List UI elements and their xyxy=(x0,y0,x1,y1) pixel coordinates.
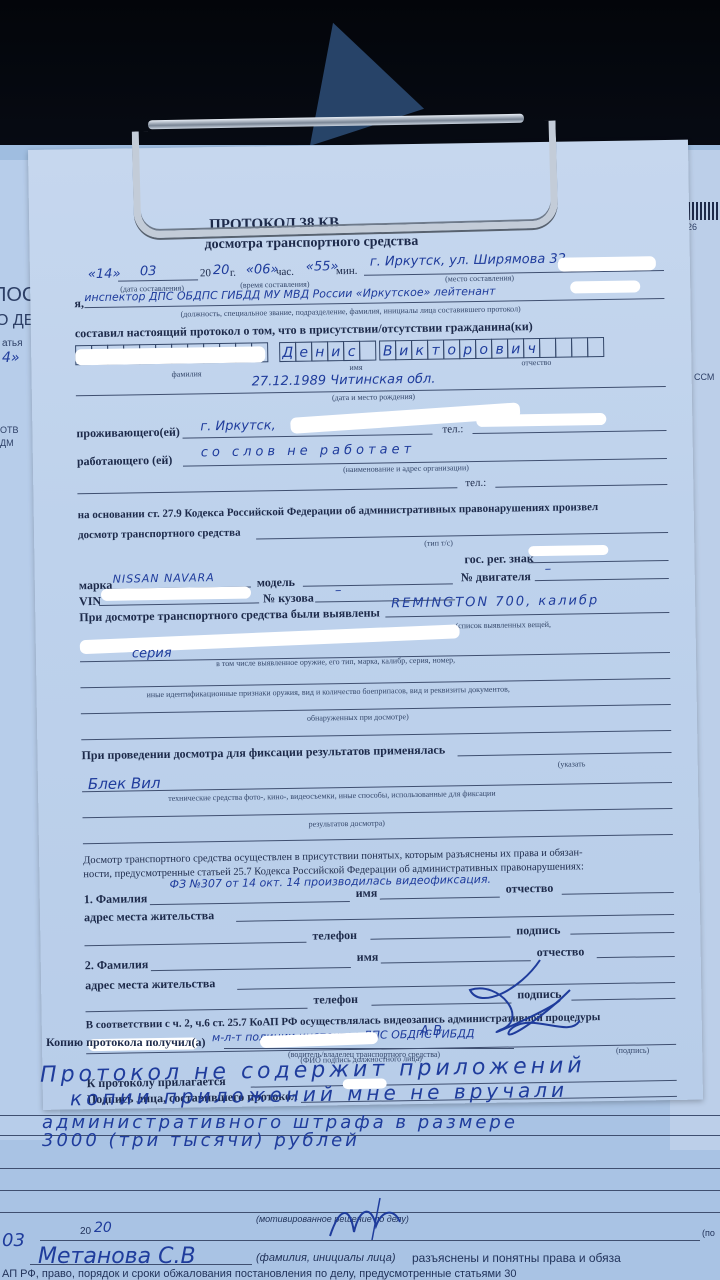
vin-redaction xyxy=(101,587,251,601)
document-subtitle: досмотра транспортного средства xyxy=(204,236,418,251)
witness-1-patronymic-label: отчество xyxy=(506,882,554,895)
signature-caption: (подпись) xyxy=(616,1046,649,1055)
place-value: г. Иркутск, ул. Ширямова 32 xyxy=(370,252,566,270)
vehicle-type-line xyxy=(256,532,668,539)
vehicle-type-caption: (тип т/с) xyxy=(424,538,453,547)
engine-line xyxy=(535,578,669,581)
witness-2-phone-label: телефон xyxy=(313,993,358,1006)
redaction xyxy=(558,256,656,272)
witness-1-patronymic-line xyxy=(562,892,674,895)
residence-line xyxy=(183,434,433,439)
fixation-label: При проведении досмотра для фиксации рез… xyxy=(81,744,445,762)
lower-line-3 xyxy=(0,1168,720,1169)
found-value: REMINGTON 700, калибр xyxy=(391,593,599,611)
lower-year-prefix: 20 xyxy=(80,1226,91,1237)
vin-line xyxy=(99,602,259,606)
work-label: работающего (ей) xyxy=(77,454,173,467)
phone-label: тел.: xyxy=(442,423,463,435)
lower-right-edge: (по xyxy=(702,1228,715,1238)
presence-line: составил настоящий протокол о том, что в… xyxy=(75,320,533,339)
work-value: со слов не работает xyxy=(201,442,416,460)
model-label: модель xyxy=(257,576,295,589)
lower-hand-line-2: 3000 (три тысячи) рублей xyxy=(42,1130,360,1151)
lower-date-hand: 03 xyxy=(2,1230,25,1251)
lower-person-hand: Метанова С.В xyxy=(38,1244,196,1269)
name-caption: имя xyxy=(349,363,362,372)
fixation-caption-2: технические средства фото-, кино-, видео… xyxy=(168,789,496,803)
witness-1-surname-label: 1. Фамилия xyxy=(84,892,148,905)
minute-label: мин. xyxy=(336,265,358,277)
right-fragment: ССМ xyxy=(694,372,714,382)
lower-person-line xyxy=(30,1264,252,1265)
copy-value: А.В xyxy=(420,1024,442,1039)
engine-label: № двигателя xyxy=(461,570,531,583)
date-month: 03 xyxy=(140,264,157,279)
witness-1-name-line xyxy=(380,897,500,900)
witness-1-surname-line xyxy=(150,901,350,905)
left-fragment-adm: ДМ xyxy=(0,438,14,448)
reg-redaction xyxy=(528,545,608,556)
witness-2-address-line-2 xyxy=(86,1008,308,1012)
witness-2-address-label: адрес места жительства xyxy=(85,977,215,991)
left-article-fragment: атья xyxy=(2,338,23,349)
witness-1-address-line xyxy=(236,914,674,922)
vin-label: VIN xyxy=(79,595,101,607)
year-suffix: 20 xyxy=(213,263,230,278)
surname-caption: фамилия xyxy=(171,369,201,378)
witness-2-surname-line xyxy=(151,967,351,971)
inspection-line: досмотр транспортного средства xyxy=(78,527,241,542)
witness-1-address-label: адрес места жительства xyxy=(84,909,214,923)
fixation-caption-3: результатов досмотра) xyxy=(309,818,385,828)
author-caption: (должность, специальное звание, подразде… xyxy=(181,304,521,318)
found-caption-4: обнаруженных при досмотре) xyxy=(307,712,409,723)
protocol-sheet: ПРОТОКОЛ 38 КВ досмотра транспортного ср… xyxy=(28,140,703,1110)
birth-caption: (дата и место рождения) xyxy=(332,392,415,402)
phone-line xyxy=(473,430,667,434)
residence-value: г. Иркутск, xyxy=(200,418,276,434)
body-value: – xyxy=(335,583,342,598)
surname-redaction xyxy=(75,346,265,365)
lower-signature-line xyxy=(40,1240,700,1241)
witness-1-phone-label: телефон xyxy=(312,929,357,942)
redaction xyxy=(570,280,640,293)
left-subtitle-fragment: О ДЕ xyxy=(0,312,34,330)
patronymic-cells: В и к т о р о в и ч xyxy=(379,337,603,361)
lower-person-caption: (фамилия, инициалы лица) xyxy=(256,1252,396,1264)
birth-value: 27.12.1989 Читинская обл. xyxy=(252,372,436,390)
patronymic-caption: отчество xyxy=(521,358,551,367)
make-value: NISSAN NAVARA xyxy=(113,571,215,586)
body-label: № кузова xyxy=(263,592,314,605)
redaction xyxy=(476,413,606,427)
found-label: При досмотре транспортного средства были… xyxy=(79,607,380,624)
place-caption: (место составления) xyxy=(445,273,514,283)
found-line-5 xyxy=(81,730,671,740)
signature-scribble xyxy=(440,950,580,1060)
name-cells: Д е н и с xyxy=(279,341,375,363)
left-fragment-otv: ОТВ xyxy=(0,425,19,435)
lower-rights-text: разъяснены и понятны права и обяза xyxy=(412,1251,621,1265)
lower-signature xyxy=(320,1196,410,1242)
witness-1-address-line-2 xyxy=(84,942,306,946)
work-phone-line xyxy=(495,484,667,488)
model-line xyxy=(303,583,453,586)
year-prefix: 20 xyxy=(200,267,211,279)
found-caption-3: иные идентификационные признаки оружия, … xyxy=(146,684,509,699)
date-day: «14» xyxy=(88,267,121,283)
reg-label: гос. рег. знак xyxy=(464,552,533,565)
witness-1-name-label: имя xyxy=(356,887,378,899)
witness-1-signature-line xyxy=(570,932,674,935)
witness-2-name-label: имя xyxy=(357,951,379,963)
residence-label: проживающего(ей) xyxy=(76,426,180,440)
work-caption: (наименование и адрес организации) xyxy=(343,463,469,474)
witness-2-surname-label: 2. Фамилия xyxy=(85,958,149,971)
author-prefix: я, xyxy=(74,297,84,309)
copy-label: Копию протокола получил(а) xyxy=(46,1036,206,1048)
clipboard-clip-loop xyxy=(132,120,559,238)
found-caption-1: (список выявленных вещей, xyxy=(455,620,551,630)
year-label: г. xyxy=(230,267,236,279)
fixation-caption-1: (указать xyxy=(558,759,586,768)
lower-line-4 xyxy=(0,1190,720,1191)
engine-value: – xyxy=(545,562,552,577)
found-line xyxy=(385,612,669,617)
witness-1-phone-line xyxy=(370,937,510,940)
minute-value: «55» xyxy=(306,259,339,275)
witness-2-signature-line xyxy=(571,998,675,1001)
basis-line: на основании ст. 27.9 Кодекса Российской… xyxy=(78,501,599,521)
witness-1-signature-label: подпись xyxy=(516,924,560,937)
lower-bottom-text: АП РФ, право, порядок и сроки обжаловани… xyxy=(2,1268,516,1280)
found-caption-2: в том числе выявленное оружие, его тип, … xyxy=(216,655,455,668)
hour-value: «06» xyxy=(246,262,279,278)
lower-year-suffix: 20 xyxy=(94,1220,112,1236)
barcode xyxy=(684,202,720,220)
fixation-line-4 xyxy=(83,834,673,844)
hour-label: час. xyxy=(276,266,294,278)
fixation-line-3 xyxy=(82,808,672,818)
work-line-2 xyxy=(77,487,457,494)
date-line xyxy=(118,279,198,281)
work-phone-label: тел.: xyxy=(465,477,486,489)
left-number-fragment: 4» xyxy=(2,350,20,366)
fixation-line xyxy=(458,752,672,756)
witness-2-patronymic-line xyxy=(597,956,675,958)
